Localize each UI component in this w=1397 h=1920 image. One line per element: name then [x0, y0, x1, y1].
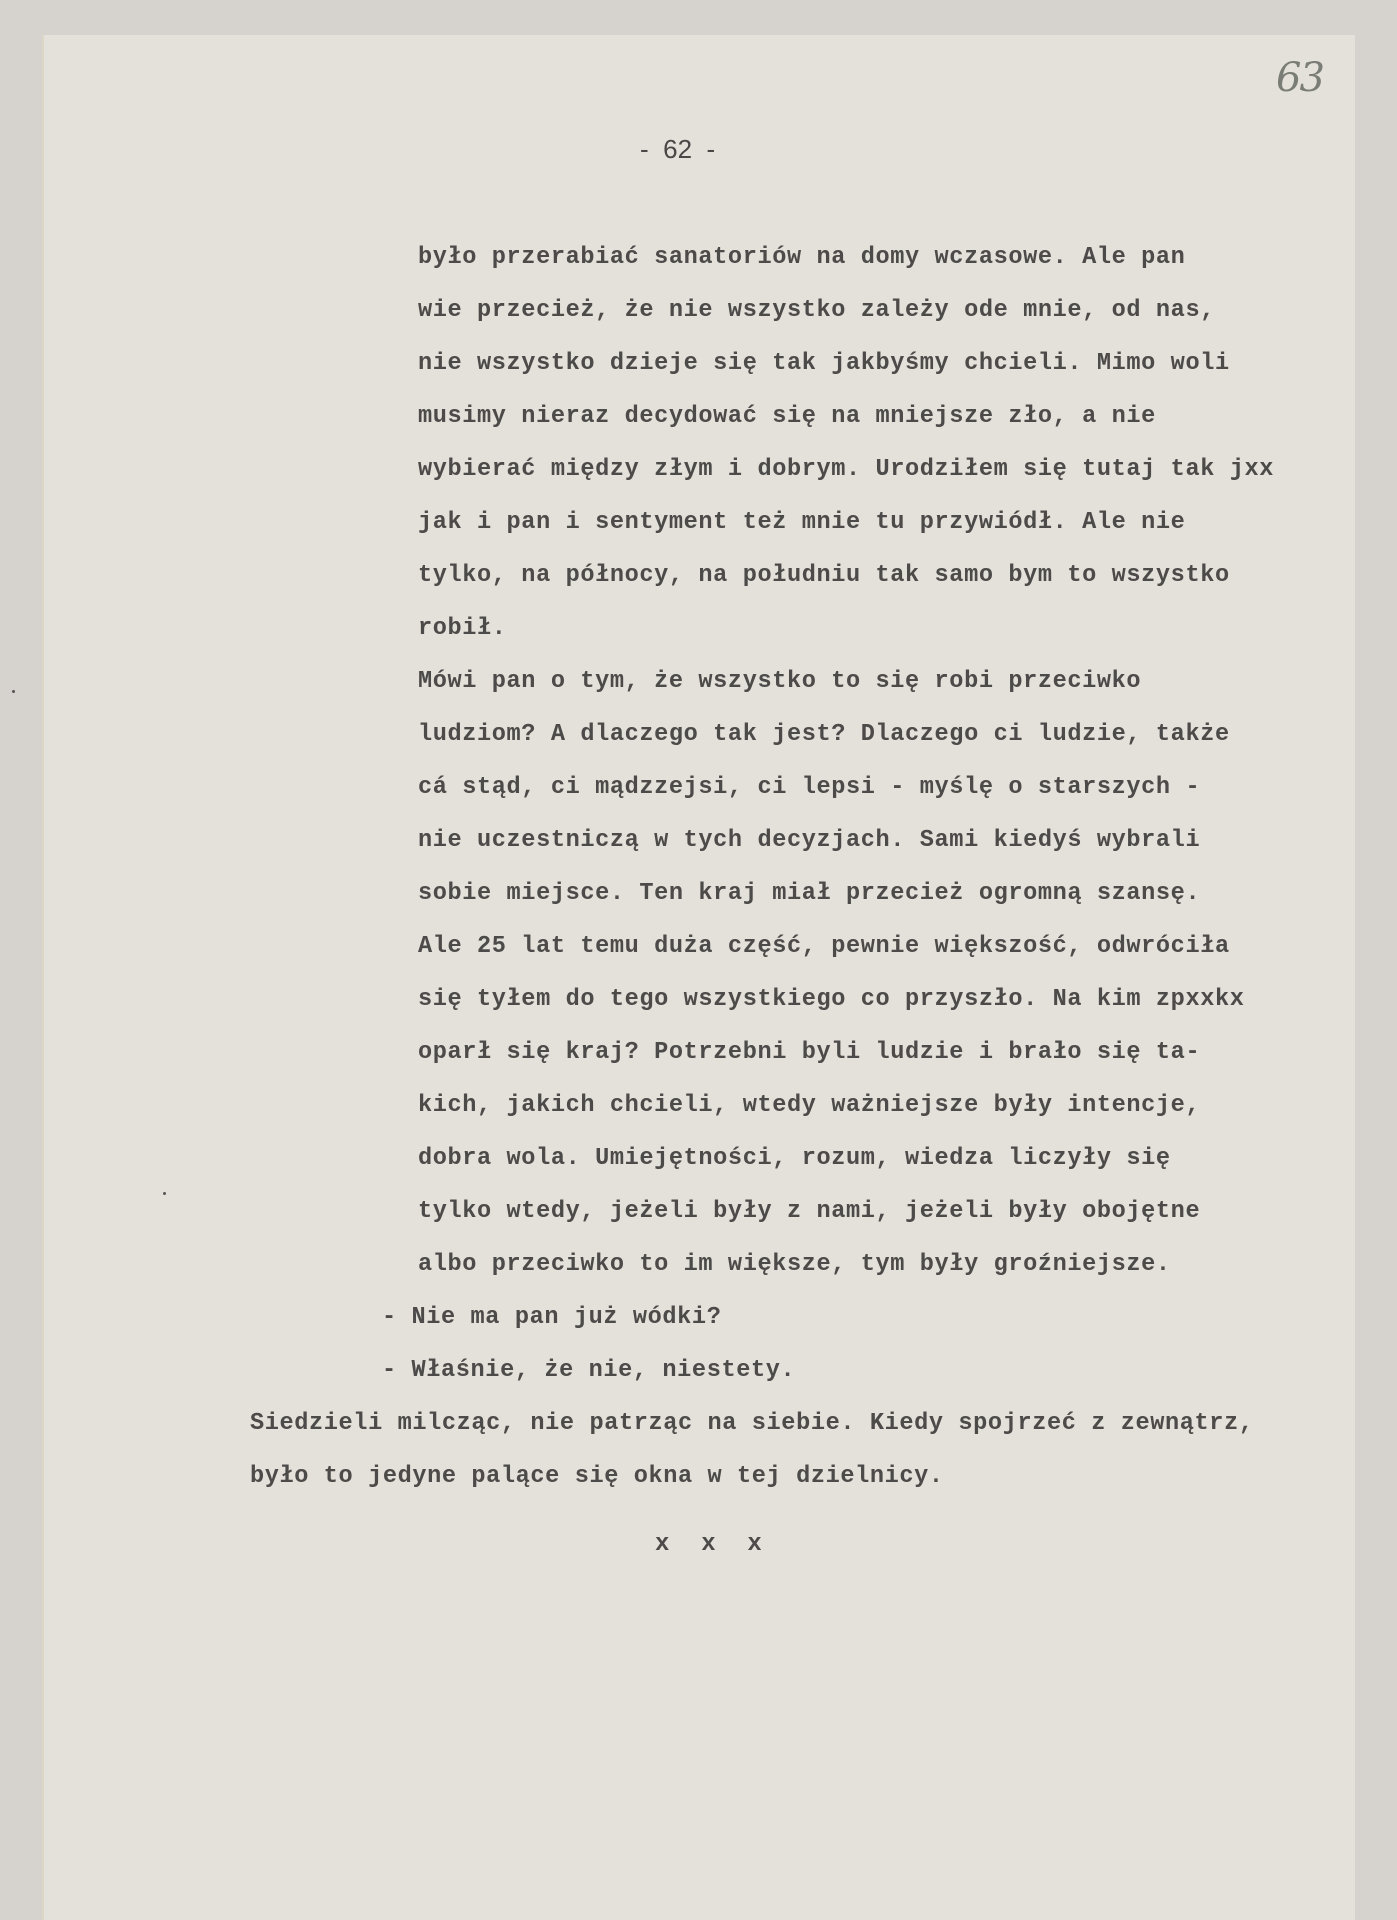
body-line: sobie miejsce. Ten kraj miał przecież og…: [418, 879, 1200, 909]
body-line: nie uczestniczą w tych decyzjach. Sami k…: [418, 826, 1200, 856]
handwritten-page-number: 63: [1276, 55, 1323, 101]
body-line: tylko wtedy, jeżeli były z nami, jeżeli …: [418, 1197, 1200, 1227]
dialogue-line: - Właśnie, że nie, niestety.: [382, 1356, 795, 1386]
body-line: się tyłem do tego wszystkiego co przyszł…: [418, 985, 1244, 1015]
body-line: jak i pan i sentyment też mnie tu przywi…: [418, 508, 1185, 538]
body-line: albo przeciwko to im większe, tym były g…: [418, 1250, 1171, 1280]
paper-speck: [12, 690, 15, 693]
body-line: cá stąd, ci mądzzejsi, ci lepsi - myślę …: [418, 773, 1200, 803]
body-line: wie przecież, że nie wszystko zależy ode…: [418, 296, 1215, 326]
paper-speck: [163, 1192, 166, 1195]
body-line: musimy nieraz decydować się na mniejsze …: [418, 402, 1156, 432]
body-line: robił.: [418, 614, 507, 644]
closing-line: Siedzieli milcząc, nie patrząc na siebie…: [250, 1409, 1254, 1439]
closing-line: było to jedyne palące się okna w tej dzi…: [250, 1462, 944, 1492]
body-line: wybierać między złym i dobrym. Urodziłem…: [418, 455, 1274, 485]
dialogue-line: - Nie ma pan już wódki?: [382, 1303, 721, 1333]
body-line: Ale 25 lat temu duża część, pewnie więks…: [418, 932, 1230, 962]
body-line: nie wszystko dzieje się tak jakbyśmy chc…: [418, 349, 1230, 379]
body-line: Mówi pan o tym, że wszystko to się robi …: [418, 667, 1141, 697]
typed-page-number: - 62 -: [640, 134, 715, 165]
body-line: dobra wola. Umiejętności, rozum, wiedza …: [418, 1144, 1171, 1174]
body-line: było przerabiać sanatoriów na domy wczas…: [418, 243, 1185, 273]
body-line: ludziom? A dlaczego tak jest? Dlaczego c…: [418, 720, 1230, 750]
section-separator: x x x: [655, 1531, 763, 1558]
body-line: tylko, na północy, na południu tak samo …: [418, 561, 1230, 591]
body-line: kich, jakich chcieli, wtedy ważniejsze b…: [418, 1091, 1200, 1121]
body-line: oparł się kraj? Potrzebni byli ludzie i …: [418, 1038, 1200, 1068]
